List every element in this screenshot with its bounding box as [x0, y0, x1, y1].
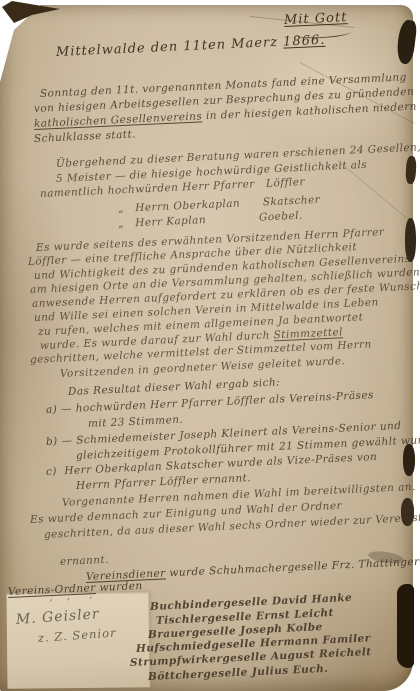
- manuscript-photo: Mit Gott Mittelwalde den 11ten Maerz 186…: [0, 0, 420, 691]
- dateline-year: 1866.: [283, 33, 326, 50]
- item-label-a: a) —: [46, 403, 76, 416]
- binding-fragment: [403, 444, 415, 476]
- binding-fragment: [405, 156, 416, 184]
- underlined-phrase: Stimmzettel: [273, 326, 343, 341]
- motto-text: Mit Gott: [284, 10, 348, 28]
- item-label-c: c): [46, 465, 65, 478]
- binding-fragment: [397, 584, 414, 668]
- line-ordner-3: ernannt.: [60, 554, 109, 569]
- motto-mit-gott: Mit Gott: [284, 10, 348, 28]
- item-label-b: b) —: [46, 435, 77, 448]
- vereins-ordner-rest: wurden: [95, 580, 142, 594]
